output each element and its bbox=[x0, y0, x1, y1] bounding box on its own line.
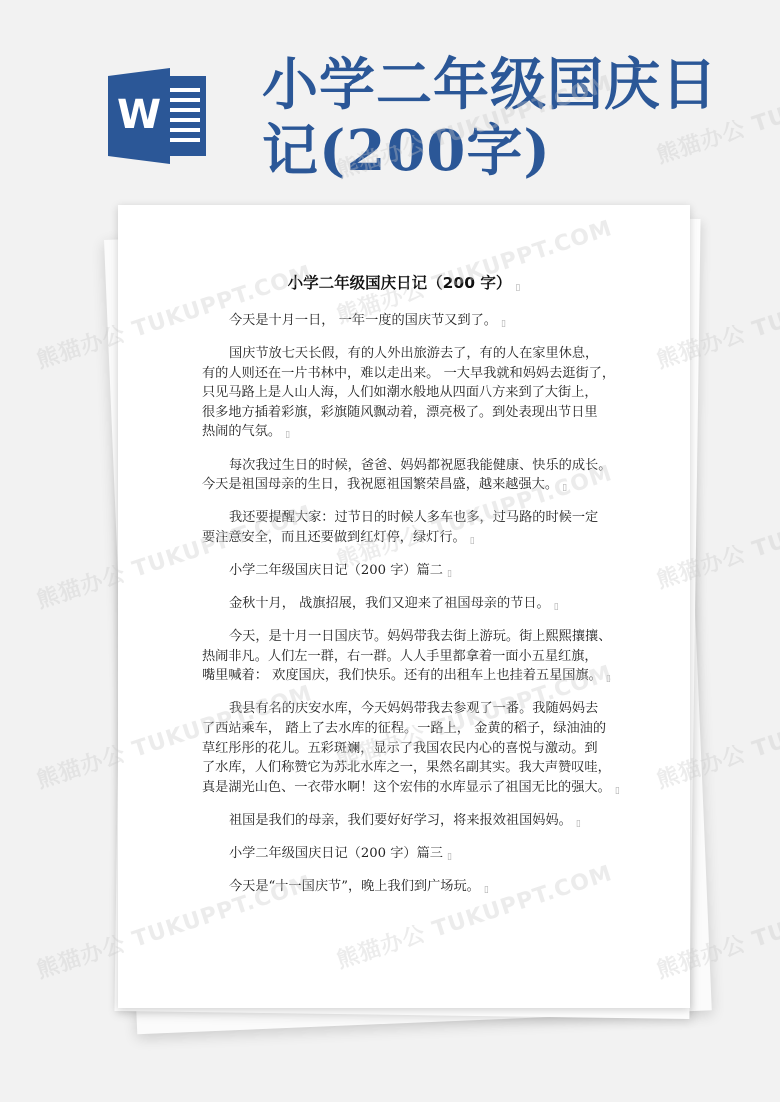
document-line: 今天是十月一日， 一年一度的国庆节又到了。 bbox=[229, 313, 497, 328]
document-paragraph: 我还要提醒大家：过节日的时候人多车也多，过马路的时候一定要注意安全，而且还要做到… bbox=[202, 508, 622, 551]
document-paragraph: 国庆节放七天长假，有的人外出旅游去了，有的人在家里休息，有的人则还在一片书林中，… bbox=[202, 344, 622, 446]
paragraph-mark-icon: ▯ bbox=[470, 536, 475, 546]
document-line: 小学二年级国庆日记（200 字）篇三 bbox=[229, 846, 443, 861]
document-line: 很多地方插着彩旗，彩旗随风飘动着，漂亮极了。到处表现出节日里 bbox=[202, 403, 622, 423]
document-paragraph: 祖国是我们的母亲，我们要好好学习，将来报效祖国妈妈。▯ bbox=[202, 811, 622, 835]
paragraph-mark-icon: ▯ bbox=[576, 819, 581, 829]
document-line: 国庆节放七天长假，有的人外出旅游去了，有的人在家里休息， bbox=[202, 344, 622, 364]
document-paragraph: 今天，是十月一日国庆节。妈妈带我去街上游玩。街上熙熙攘攘、热闹非凡。人们左一群，… bbox=[202, 627, 622, 690]
document-body: 今天是十月一日， 一年一度的国庆节又到了。▯国庆节放七天长假，有的人外出旅游去了… bbox=[202, 311, 622, 910]
document-line: 今天是祖国母亲的生日，我祝愿祖国繁荣昌盛，越来越强大。 bbox=[202, 477, 558, 492]
document-paragraph: 每次我过生日的时候，爸爸、妈妈都祝愿我能健康、快乐的成长。今天是祖国母亲的生日，… bbox=[202, 456, 622, 499]
document-line: 了水库，人们称赞它为苏北水库之一，果然名副其实。我大声赞叹哇， bbox=[202, 758, 622, 778]
document-line: 了西站乘车， 踏上了去水库的征程。一路上， 金黄的稻子，绿油油的 bbox=[202, 719, 622, 739]
document-line: 今天是“十一国庆节”，晚上我们到广场玩。 bbox=[229, 879, 480, 894]
document-line: 只见马路上是人山人海，人们如潮水般地从四面八方来到了大街上， bbox=[202, 383, 622, 403]
document-paragraph: 我县有名的庆安水库，今天妈妈带我去参观了一番。我随妈妈去了西站乘车， 踏上了去水… bbox=[202, 699, 622, 801]
document-line: 今天，是十月一日国庆节。妈妈带我去街上游玩。街上熙熙攘攘、 bbox=[202, 627, 622, 647]
paragraph-mark-icon: ▯ bbox=[562, 483, 567, 493]
paragraph-mark-icon: ▯ bbox=[501, 319, 506, 329]
document-line: 小学二年级国庆日记（200 字）篇二 bbox=[229, 563, 443, 578]
paragraph-mark-icon: ▯ bbox=[484, 885, 489, 895]
paragraph-mark-icon: ▯ bbox=[554, 602, 559, 612]
paragraph-mark-icon: ▯ bbox=[447, 852, 452, 862]
document-line: 热闹的气氛。 bbox=[202, 424, 281, 439]
page-title-line-1: 小学二年级国庆日 bbox=[262, 52, 732, 118]
paragraph-mark-icon: ▯ bbox=[606, 674, 611, 684]
paragraph-mark-icon: ▯ bbox=[447, 569, 452, 579]
page-title-line-2: 记(200字) bbox=[262, 118, 732, 184]
document-line: 我还要提醒大家：过节日的时候人多车也多，过马路的时候一定 bbox=[202, 508, 622, 528]
document-page: 小学二年级国庆日记（200 字）▯ 今天是十月一日， 一年一度的国庆节又到了。▯… bbox=[118, 205, 690, 1008]
word-document-icon: W bbox=[108, 68, 208, 164]
document-title-text: 小学二年级国庆日记（200 字） bbox=[288, 274, 512, 292]
paragraph-mark-icon: ▯ bbox=[615, 786, 620, 796]
document-line: 嘴里喊着： 欢度国庆，我们快乐。还有的出租车上也挂着五星国旗。 bbox=[202, 668, 602, 683]
document-line: 每次我过生日的时候，爸爸、妈妈都祝愿我能健康、快乐的成长。 bbox=[202, 456, 622, 476]
document-line: 我县有名的庆安水库，今天妈妈带我去参观了一番。我随妈妈去 bbox=[202, 699, 622, 719]
document-line: 草红彤彤的花儿。五彩斑斓，显示了我国农民内心的喜悦与激动。到 bbox=[202, 739, 622, 759]
document-paragraph: 小学二年级国庆日记（200 字）篇三▯ bbox=[202, 844, 622, 868]
document-paragraph: 小学二年级国庆日记（200 字）篇二▯ bbox=[202, 561, 622, 585]
paragraph-mark-icon: ▯ bbox=[515, 283, 520, 293]
document-paragraph: 今天是十月一日， 一年一度的国庆节又到了。▯ bbox=[202, 311, 622, 335]
document-line: 金秋十月， 战旗招展，我们又迎来了祖国母亲的节日。 bbox=[229, 596, 550, 611]
document-line: 祖国是我们的母亲，我们要好好学习，将来报效祖国妈妈。 bbox=[229, 813, 572, 828]
document-line: 热闹非凡。人们左一群，右一群。人人手里都拿着一面小五星红旗， bbox=[202, 647, 622, 667]
svg-text:W: W bbox=[117, 92, 161, 138]
document-line: 有的人则还在一片书林中，难以走出来。 一大早我就和妈妈去逛街了， bbox=[202, 364, 622, 384]
document-line: 要注意安全，而且还要做到红灯停，绿灯行。 bbox=[202, 530, 466, 545]
document-title: 小学二年级国庆日记（200 字）▯ bbox=[118, 271, 690, 293]
document-paragraph: 今天是“十一国庆节”，晚上我们到广场玩。▯ bbox=[202, 877, 622, 901]
document-paragraph: 金秋十月， 战旗招展，我们又迎来了祖国母亲的节日。▯ bbox=[202, 594, 622, 618]
document-line: 真是湖光山色、一衣带水啊！这个宏伟的水库显示了祖国无比的强大。 bbox=[202, 780, 611, 795]
page-title: 小学二年级国庆日 记(200字) bbox=[262, 52, 732, 184]
paragraph-mark-icon: ▯ bbox=[285, 430, 290, 440]
